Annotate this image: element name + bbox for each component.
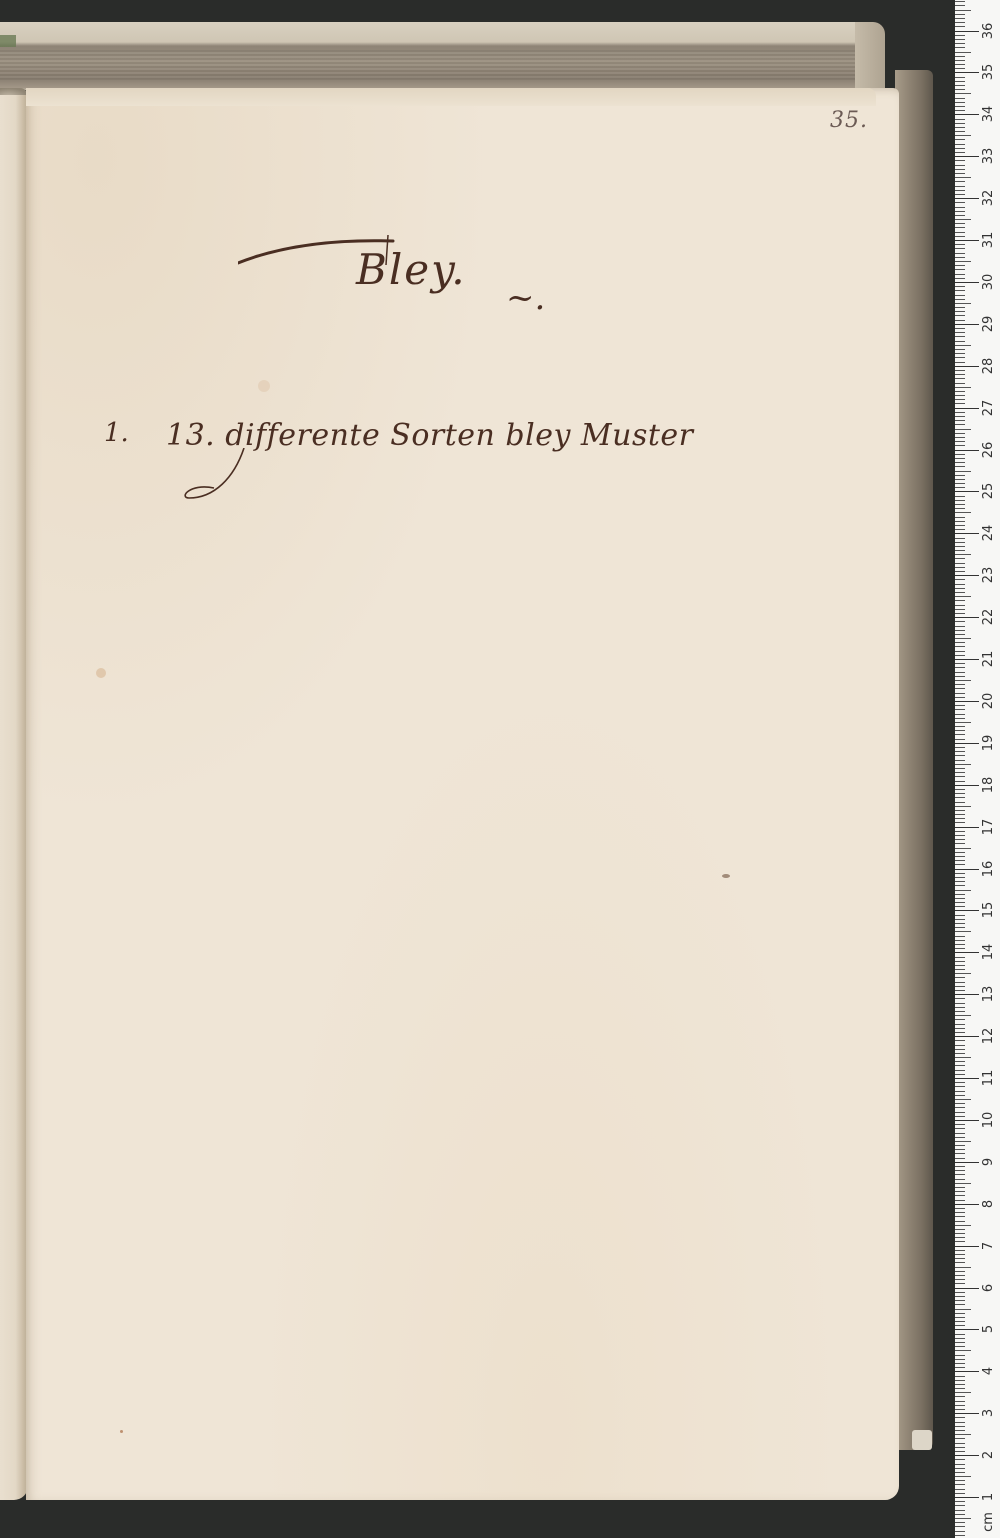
ruler-tick — [955, 1472, 965, 1473]
ruler-tick — [955, 1338, 965, 1339]
ruler-tick — [955, 1350, 971, 1351]
ruler-tick — [955, 445, 965, 446]
ruler-tick — [955, 843, 965, 844]
ruler-tick — [955, 85, 965, 86]
ruler-tick — [955, 621, 965, 622]
ruler-tick — [955, 89, 965, 90]
ruler-tick — [955, 307, 965, 308]
ruler-tick — [955, 885, 965, 886]
ruler-tick — [955, 144, 965, 145]
ruler-tick — [955, 282, 979, 283]
ruler-tick — [955, 1334, 965, 1335]
folio-number: 35. — [830, 108, 868, 133]
ruler-tick — [955, 64, 965, 65]
ruler-tick — [955, 378, 965, 379]
ruler-tick — [955, 554, 971, 555]
ruler-tick — [955, 1011, 965, 1012]
page-tab — [912, 1430, 932, 1450]
ruler-tick — [955, 324, 979, 325]
ruler-tick — [955, 5, 965, 6]
ruler-tick — [955, 60, 965, 61]
ruler-tick — [955, 739, 965, 740]
ruler-tick — [955, 563, 965, 564]
foxing-spot — [120, 1430, 123, 1433]
ruler-tick — [955, 923, 965, 924]
ruler-tick — [955, 1522, 965, 1523]
ruler-tick — [955, 726, 965, 727]
ruler-tick — [955, 1313, 965, 1314]
ruler-tick — [955, 977, 965, 978]
ruler-tick — [955, 127, 965, 128]
ruler-tick — [955, 1380, 965, 1381]
ruler-tick — [955, 877, 965, 878]
ruler-tick — [955, 491, 979, 492]
ruler-tick — [955, 806, 971, 807]
ruler-tick — [955, 1476, 971, 1477]
ruler-tick — [955, 512, 971, 513]
ruler-tick — [955, 265, 965, 266]
ruler-tick — [955, 852, 965, 853]
ruler-tick — [955, 1510, 965, 1511]
ruler-tick — [955, 1451, 965, 1452]
ruler-tick — [955, 1254, 965, 1255]
ruler-unit-label: cm — [981, 1510, 997, 1534]
ruler-tick — [955, 533, 979, 534]
ruler-label: 23 — [981, 563, 997, 587]
ruler-tick — [955, 1296, 965, 1297]
ruler-tick — [955, 1024, 965, 1025]
ruler-tick — [955, 948, 965, 949]
ruler-tick — [955, 93, 971, 94]
ruler-tick — [955, 370, 965, 371]
ruler-tick — [955, 43, 965, 44]
ruler-tick — [955, 1430, 965, 1431]
ruler-label: 2 — [981, 1443, 997, 1467]
ruler-tick — [955, 315, 965, 316]
ruler-tick — [955, 1526, 965, 1527]
ruler-tick — [955, 328, 965, 329]
ruler-tick — [955, 626, 965, 627]
ruler-tick — [955, 1221, 965, 1222]
ruler-tick — [955, 1086, 965, 1087]
ruler-label: 32 — [981, 186, 997, 210]
ruler-tick — [955, 1204, 979, 1205]
ruler-tick — [955, 542, 965, 543]
ruler-tick — [955, 1179, 965, 1180]
ruler-tick — [955, 785, 979, 786]
ruler-tick — [955, 391, 965, 392]
ruler-tick — [955, 898, 965, 899]
ruler-label: 16 — [981, 857, 997, 881]
ruler-tick — [955, 869, 979, 870]
left-facing-page — [0, 95, 28, 1500]
ruler-tick — [955, 81, 965, 82]
ruler-tick — [955, 961, 965, 962]
ruler-tick — [955, 114, 979, 115]
ruler-tick — [955, 207, 965, 208]
ruler-tick — [955, 1455, 979, 1456]
ruler-label: 33 — [981, 144, 997, 168]
ruler-tick — [955, 1166, 965, 1167]
ruler-tick — [955, 1501, 965, 1502]
ruler-tick — [955, 454, 965, 455]
ruler-tick — [955, 1074, 965, 1075]
foxing-spot — [258, 380, 270, 392]
ruler-tick — [955, 52, 971, 53]
ruler-tick — [955, 596, 971, 597]
ruler-label: 28 — [981, 354, 997, 378]
ruler-label: 1 — [981, 1485, 997, 1509]
ruler-label: 19 — [981, 731, 997, 755]
ruler-tick — [955, 609, 965, 610]
ruler-tick — [955, 1262, 965, 1263]
ruler-tick — [955, 827, 979, 828]
ruler-tick — [955, 1053, 965, 1054]
ruler-tick — [955, 638, 971, 639]
ruler-tick — [955, 278, 965, 279]
ruler-tick — [955, 387, 971, 388]
ruler-tick — [955, 244, 965, 245]
ruler-tick — [955, 311, 965, 312]
ruler-tick — [955, 617, 979, 618]
ruler-tick — [955, 160, 965, 161]
ruler-tick — [955, 462, 965, 463]
ruler-tick — [955, 1057, 971, 1058]
ruler-tick — [955, 793, 965, 794]
ruler-tick — [955, 173, 965, 174]
ruler-tick — [955, 571, 965, 572]
ruler-label: 29 — [981, 312, 997, 336]
ruler-tick — [955, 1007, 965, 1008]
ruler-tick — [955, 190, 965, 191]
ruler-tick — [955, 936, 965, 937]
ruler-tick — [955, 1300, 965, 1301]
ruler-tick — [955, 253, 965, 254]
ruler-tick — [955, 202, 965, 203]
ruler-tick — [955, 680, 971, 681]
ruler-tick — [955, 659, 979, 660]
ruler-tick — [955, 747, 965, 748]
ruler-tick — [955, 1363, 965, 1364]
ruler-tick — [955, 332, 965, 333]
ruler-label: 21 — [981, 647, 997, 671]
ruler-tick — [955, 1015, 971, 1016]
ruler-tick — [955, 546, 965, 547]
ruler-tick — [955, 722, 971, 723]
ruler-tick — [955, 152, 965, 153]
ruler-tick — [955, 433, 965, 434]
ruler-tick — [955, 1120, 979, 1121]
ruler-tick — [955, 1028, 965, 1029]
ruler-tick — [955, 504, 965, 505]
ruler-tick — [955, 1288, 979, 1289]
ruler-tick — [955, 290, 965, 291]
ruler-label: 4 — [981, 1359, 997, 1383]
ruler-tick — [955, 538, 965, 539]
ruler-tick — [955, 982, 965, 983]
ruler-tick — [955, 471, 971, 472]
ruler-tick — [955, 1145, 965, 1146]
ruler-tick — [955, 223, 965, 224]
ruler-tick — [955, 198, 979, 199]
ruler-tick — [955, 856, 965, 857]
ruler-tick — [955, 1187, 965, 1188]
ruler-tick — [955, 123, 965, 124]
ruler-tick — [955, 1514, 965, 1515]
ruler-label: 27 — [981, 396, 997, 420]
ruler-tick — [955, 605, 965, 606]
ruler-tick — [955, 630, 965, 631]
ruler-tick — [955, 994, 979, 995]
ruler-tick — [955, 357, 965, 358]
ruler-tick — [955, 1384, 965, 1385]
ruler-tick — [955, 1443, 965, 1444]
ruler-tick — [955, 227, 965, 228]
ruler-tick — [955, 1091, 965, 1092]
ruler-tick — [955, 1480, 965, 1481]
ruler-tick — [955, 709, 965, 710]
ruler-tick — [955, 1355, 965, 1356]
ruler-tick — [955, 743, 979, 744]
ruler-tick — [955, 1317, 965, 1318]
ruler-tick — [955, 1493, 965, 1494]
ruler-label: 15 — [981, 898, 997, 922]
ruler-tick — [955, 47, 965, 48]
ruler-tick — [955, 1489, 965, 1490]
ruler-tick — [955, 998, 965, 999]
inventory-entry: 1. 13. differente Sorten bley Muster — [104, 418, 664, 498]
ruler-tick — [955, 701, 979, 702]
ruler-tick — [955, 684, 965, 685]
ruler-tick — [955, 1241, 965, 1242]
ruler-tick — [955, 1065, 965, 1066]
ruler-tick — [955, 232, 965, 233]
ruler-tick — [955, 1212, 965, 1213]
ruler-tick — [955, 802, 965, 803]
ruler-tick — [955, 822, 965, 823]
ruler-tick — [955, 248, 965, 249]
ruler-tick — [955, 479, 965, 480]
ruler-tick — [955, 362, 965, 363]
manuscript-scan: 35. Bley. ~. 1. 13. differente Sorten bl… — [0, 0, 1000, 1538]
ruler-tick — [955, 299, 965, 300]
ruler-tick — [955, 72, 979, 73]
ruler-tick — [955, 181, 965, 182]
ruler-tick — [955, 257, 965, 258]
ruler-label: 8 — [981, 1192, 997, 1216]
ruler-tick — [955, 860, 965, 861]
ruler-tick — [955, 672, 965, 673]
ruler-label: 14 — [981, 940, 997, 964]
ruler-tick — [955, 835, 965, 836]
ruler-tick — [955, 567, 965, 568]
ruler-tick — [955, 383, 965, 384]
ruler-tick — [955, 1216, 965, 1217]
ruler-label: 9 — [981, 1150, 997, 1174]
ruler-tick — [955, 1258, 965, 1259]
ruler-tick — [955, 1153, 965, 1154]
ruler-tick — [955, 1325, 965, 1326]
book-top-edge-corner — [855, 22, 885, 92]
ruler-label: 22 — [981, 605, 997, 629]
ruler-tick — [955, 521, 965, 522]
ruler-tick — [955, 1505, 965, 1506]
ruler-tick — [955, 1401, 965, 1402]
ruler-label: 25 — [981, 479, 997, 503]
ruler-tick — [955, 441, 965, 442]
ruler-label: 20 — [981, 689, 997, 713]
ruler-tick — [955, 156, 979, 157]
ruler-tick — [955, 1376, 965, 1377]
ruler-tick — [955, 525, 965, 526]
ruler-tick — [955, 714, 965, 715]
ruler-tick — [955, 1233, 965, 1234]
ruler-tick — [955, 517, 965, 518]
ruler-tick — [955, 1250, 965, 1251]
ruler-tick — [955, 148, 965, 149]
ruler-tick — [955, 558, 965, 559]
ruler-tick — [955, 931, 971, 932]
ruler-tick — [955, 1275, 965, 1276]
ruler-tick — [955, 1183, 971, 1184]
ruler-tick — [955, 106, 965, 107]
ruler-tick — [955, 584, 965, 585]
ruler-tick — [955, 403, 965, 404]
ruler-tick — [955, 1070, 965, 1071]
ruler-tick — [955, 1279, 965, 1280]
ruler-tick — [955, 131, 965, 132]
ruler-tick — [955, 424, 965, 425]
ruler-tick — [955, 1405, 965, 1406]
ruler-tick — [955, 957, 965, 958]
ruler-tick — [955, 211, 965, 212]
ruler-tick — [955, 1036, 979, 1037]
ruler-tick — [955, 416, 965, 417]
ruler-tick — [955, 1367, 965, 1368]
ruler-tick — [955, 734, 965, 735]
ruler-tick — [955, 1342, 965, 1343]
ruler-label: 11 — [981, 1066, 997, 1090]
ruler-label: 12 — [981, 1024, 997, 1048]
ruler-tick — [955, 1396, 965, 1397]
foxing-spot — [722, 874, 730, 878]
ruler-tick — [955, 1040, 965, 1041]
ruler-tick — [955, 642, 965, 643]
ruler-tick — [955, 336, 965, 337]
ruler-tick — [955, 697, 965, 698]
ruler-tick — [955, 269, 965, 270]
ruler-label: 3 — [981, 1401, 997, 1425]
ruler-tick — [955, 667, 965, 668]
ruler-tick — [955, 814, 965, 815]
ruler-tick — [955, 1095, 965, 1096]
ruler-tick — [955, 1531, 965, 1532]
ruler-tick — [955, 1447, 965, 1448]
ruler-tick — [955, 31, 979, 32]
ruler-tick — [955, 1162, 979, 1163]
ruler-tick — [955, 1032, 965, 1033]
ruler-tick — [955, 1413, 979, 1414]
ruler-tick — [955, 1497, 979, 1498]
ruler-tick — [955, 1149, 965, 1150]
ruler-tick — [955, 345, 971, 346]
ruler-tick — [955, 274, 965, 275]
ruler-tick — [955, 651, 965, 652]
ruler-tick — [955, 420, 965, 421]
entry-number: 1. — [104, 418, 129, 448]
ruler-tick — [955, 496, 965, 497]
ruler-tick — [955, 1388, 965, 1389]
ruler-tick — [955, 688, 965, 689]
ruler-tick — [955, 1170, 965, 1171]
ruler-tick — [955, 483, 965, 484]
ruler-tick — [955, 1200, 965, 1201]
ruler-tick — [955, 894, 965, 895]
ruler-tick — [955, 575, 979, 576]
ruler-tick — [955, 693, 965, 694]
ruler-label: 31 — [981, 228, 997, 252]
ruler-tick — [955, 1267, 971, 1268]
ruler-label: 24 — [981, 521, 997, 545]
ruler-tick — [955, 1346, 965, 1347]
ruler-tick — [955, 588, 965, 589]
ruler-tick — [955, 915, 965, 916]
ruler-tick — [955, 1321, 965, 1322]
ruler-tick — [955, 303, 971, 304]
ruler-tick — [955, 295, 965, 296]
ruler-tick — [955, 429, 971, 430]
ruler-tick — [955, 705, 965, 706]
ruler-tick — [955, 755, 965, 756]
ruler-tick — [955, 764, 971, 765]
ruler-label: 30 — [981, 270, 997, 294]
ruler-tick — [955, 1137, 965, 1138]
ruler-tick — [955, 56, 965, 57]
ruler-tick — [955, 68, 965, 69]
ruler-tick — [955, 1229, 965, 1230]
ruler-tick — [955, 927, 965, 928]
ruler-tick — [955, 646, 965, 647]
ruler-tick — [955, 613, 965, 614]
ruler-tick — [955, 1329, 979, 1330]
measurement-ruler: 1234567891011121314151617181920212223242… — [955, 0, 1000, 1538]
ruler-tick — [955, 906, 965, 907]
ruler-label: 36 — [981, 19, 997, 43]
ruler-tick — [955, 944, 965, 945]
ruler-tick — [955, 655, 965, 656]
ruler-tick — [955, 751, 965, 752]
ruler-tick — [955, 1459, 965, 1460]
ruler-tick — [955, 986, 965, 987]
ruler-tick — [955, 1103, 965, 1104]
ruler-tick — [955, 35, 965, 36]
ruler-tick — [955, 881, 965, 882]
ruler-tick — [955, 1468, 965, 1469]
ruler-tick — [955, 261, 971, 262]
ruler-tick — [955, 1049, 965, 1050]
foxing-spot — [96, 668, 106, 678]
ruler-tick — [955, 969, 965, 970]
ruler-tick — [955, 663, 965, 664]
ruler-tick — [955, 10, 971, 11]
ruler-tick — [955, 77, 965, 78]
ruler-tick — [955, 1518, 971, 1519]
book-top-edge — [0, 22, 880, 90]
ruler-tick — [955, 399, 965, 400]
ruler-tick — [955, 965, 965, 966]
ruler-tick — [955, 768, 965, 769]
ruler-tick — [955, 374, 965, 375]
